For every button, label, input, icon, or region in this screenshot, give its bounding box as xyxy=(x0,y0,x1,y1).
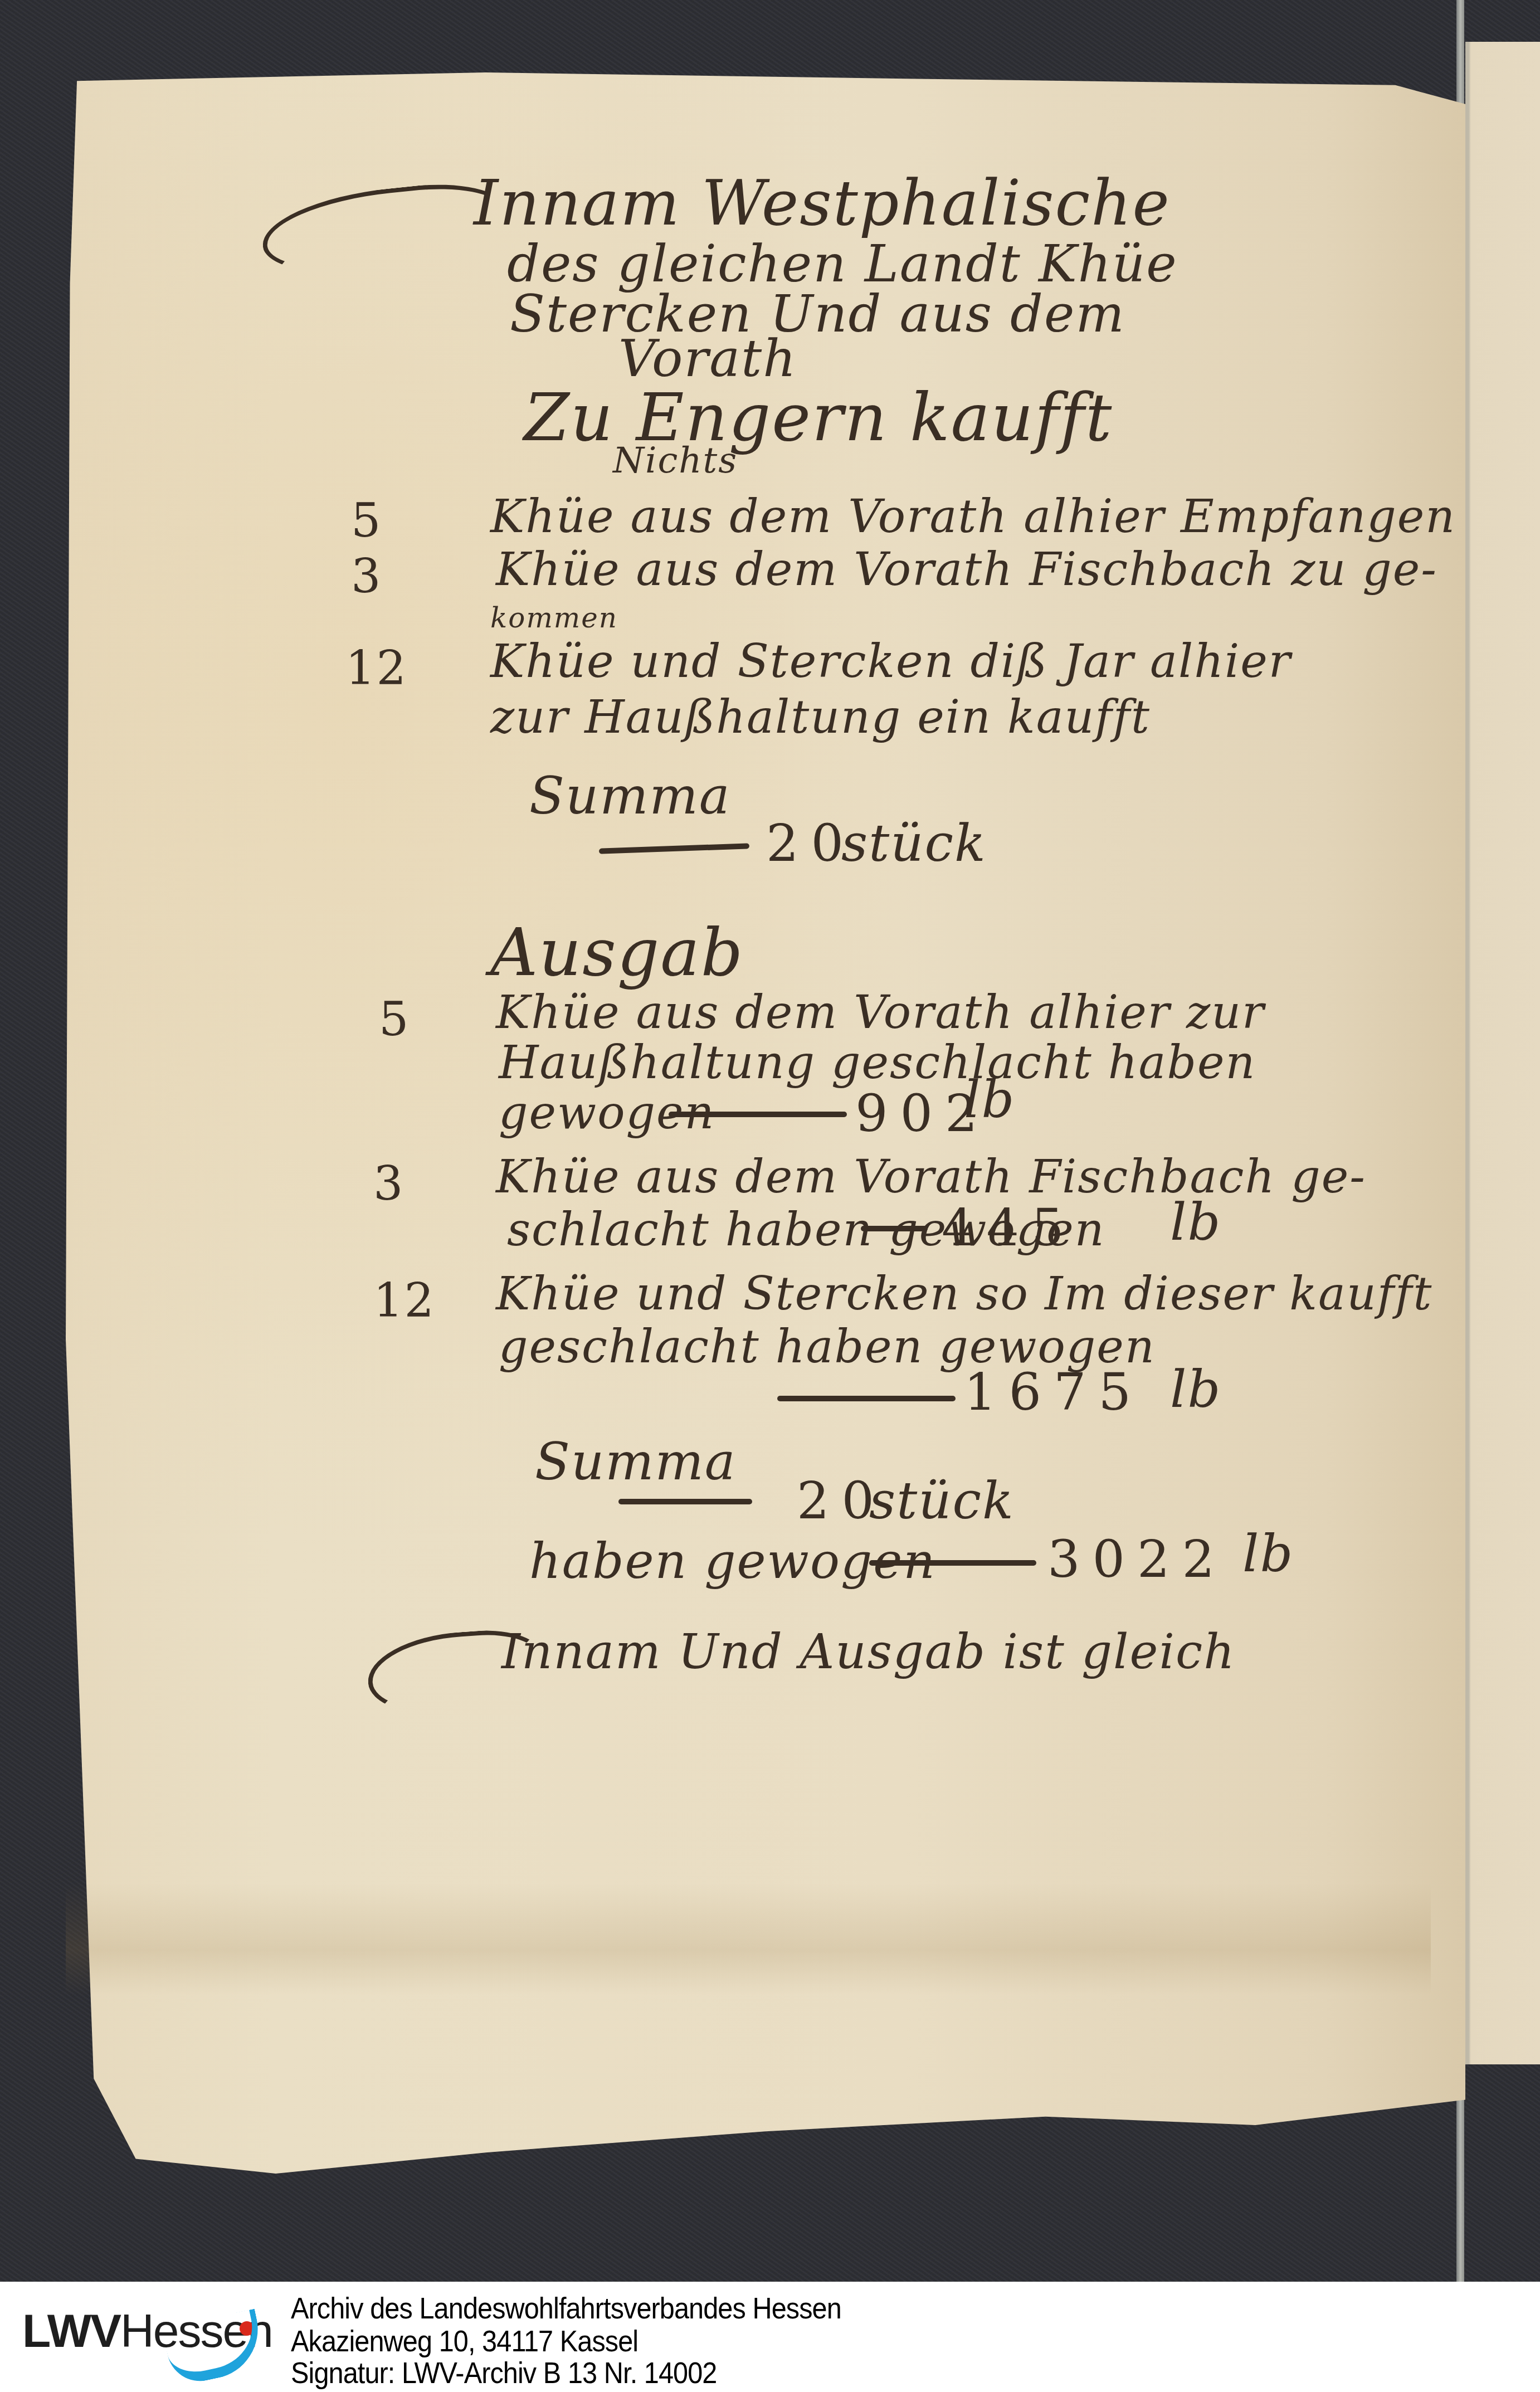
expense-entry-2-count: 3 xyxy=(373,1156,404,1211)
income-summa-unit: stück xyxy=(841,813,987,873)
income-summa-label: Summa xyxy=(529,766,731,826)
heading-line-1: Innam Westphalische xyxy=(474,167,1171,240)
logo-bold-text: LWV xyxy=(22,2305,120,2357)
footer-address: Akazienweg 10, 34117 Kassel xyxy=(291,2324,638,2359)
expense-entry-3-unit: lb xyxy=(1170,1360,1221,1419)
footer-signature: Signatur: LWV-Archiv B 13 Nr. 14002 xyxy=(291,2356,717,2390)
expense-entry-3-count: 12 xyxy=(373,1273,435,1328)
expense-entry-1-text: Khüe aus dem Vorath alhier zur xyxy=(496,986,1265,1039)
income-entry-1-text: Khüe aus dem Vorath alhier Empfangen xyxy=(490,490,1456,543)
expense-summa-label: Summa xyxy=(535,1432,737,1492)
income-entry-3-text: Khüe und Stercken diß Jar alhier xyxy=(490,635,1292,688)
expense-summa-dash xyxy=(618,1499,752,1504)
expense-entry-1-text-line2: Haußhaltung geschlacht haben xyxy=(499,1036,1256,1089)
expense-entry-3-dash xyxy=(777,1396,956,1401)
expense-entry-2-dash xyxy=(861,1226,928,1231)
expense-entry-1-dash xyxy=(669,1112,847,1117)
expense-weight-dash xyxy=(869,1560,1036,1566)
expense-title: Ausgab xyxy=(490,914,744,991)
heading-line-3: Stercken Und aus dem xyxy=(510,284,1125,344)
footer-archive-name: Archiv des Landeswohlfahrtsverbandes Hes… xyxy=(291,2291,841,2326)
expense-weight-value: 3022 xyxy=(1047,1529,1227,1589)
income-entry-2-text-line2: kommen xyxy=(490,602,618,634)
income-entry-3-count: 12 xyxy=(345,641,407,695)
expense-entry-1-count: 5 xyxy=(379,992,410,1046)
income-entry-2-count: 3 xyxy=(351,549,382,603)
expense-weight-unit: lb xyxy=(1242,1524,1294,1584)
income-title: Zu Engern kaufft xyxy=(524,379,1113,456)
expense-entry-3-text: Khüe und Stercken so Im dieser kaufft xyxy=(496,1268,1432,1321)
income-entry-2-text: Khüe aus dem Vorath Fischbach zu ge- xyxy=(496,543,1437,596)
expense-entry-2-unit: lb xyxy=(1170,1192,1221,1252)
closing-line: Innam Und Ausgab ist gleich xyxy=(501,1624,1236,1680)
income-subtitle: Nichts xyxy=(613,440,738,481)
adjacent-page-edge xyxy=(1465,42,1540,2064)
expense-entry-1-unit: lb xyxy=(964,1070,1015,1129)
income-entry-1-count: 5 xyxy=(351,493,382,548)
expense-entry-2-amount: 445 xyxy=(942,1198,1076,1258)
expense-entry-3-amount: 1675 xyxy=(964,1362,1143,1422)
expense-summa-unit: stück xyxy=(869,1471,1015,1531)
expense-entry-2-text: Khüe aus dem Vorath Fischbach ge- xyxy=(496,1151,1366,1204)
income-entry-3-text-line2: zur Haußhaltung ein kaufft xyxy=(490,691,1151,744)
